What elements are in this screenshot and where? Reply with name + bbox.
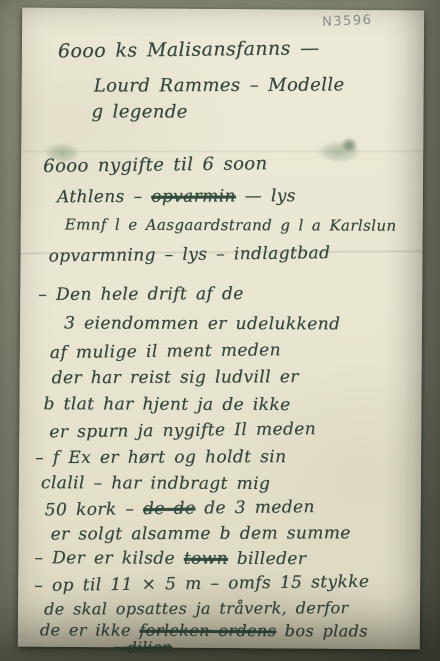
handwriting-line: er solgt alsamme b dem summe [51, 523, 351, 544]
struck-text: · dilien [114, 638, 172, 657]
struck-text: town [184, 549, 228, 569]
handwriting-line: Athlens – opvarmin — lys [57, 186, 296, 207]
photographed-letter: N3596 6ooo ks Malisansfanns —Lourd Ramme… [0, 0, 440, 661]
handwriting-line: 3 eiendommen er udelukkend [64, 313, 340, 334]
handwriting-line: b tlat har hjent ja de ikke [43, 394, 290, 415]
handwriting-line: opvarmning – lys – indlagtbad [48, 243, 330, 266]
handwriting-line: clalil – har indbragt mig [41, 473, 270, 494]
catalog-number: N3596 [322, 13, 373, 30]
handwriting-line: g legende [91, 101, 187, 122]
letter-paper: N3596 6ooo ks Malisansfanns —Lourd Ramme… [18, 8, 424, 650]
struck-text: forleken ordens [139, 621, 276, 640]
ink-wash-smudge [311, 138, 367, 166]
struck-text: de de [143, 499, 196, 520]
handwriting-line: 50 kork – de de de 3 meden [45, 497, 315, 520]
handwriting-line: – f Ex er hørt og holdt sin [35, 447, 286, 468]
handwriting-line: – Der er kilsde town billeder [34, 548, 306, 569]
handwriting-line: de er ikke forleken ordens bos plads [40, 620, 368, 640]
handwriting-line: der har reist sig ludvill er [52, 367, 299, 388]
fold-crease [21, 149, 423, 153]
handwriting-line: er spurn ja nygifte Il meden [49, 419, 316, 442]
handwriting-line: 6ooo ks Malisansfanns — [58, 37, 320, 62]
handwriting-line: 6ooo nygifte til 6 soon [43, 153, 268, 177]
handwriting-line: – Den hele drift af de [38, 284, 243, 305]
handwriting-line: – op til 11 × 5 m – omfs 15 stykke [34, 572, 369, 596]
handwriting-line: Lourd Rammes – Modelle [94, 74, 345, 96]
handwriting-line: Emnf l e Aasgaardstrand g l a Karlslun [65, 215, 397, 234]
handwriting-line: · dilien [114, 638, 172, 657]
handwriting-line: af mulige il ment meden [50, 340, 281, 363]
struck-text: opvarmin [151, 186, 236, 206]
ink-wash-smudge [339, 136, 359, 154]
handwriting-line: de skal opsattes ja tråverk, derfor [44, 598, 349, 618]
